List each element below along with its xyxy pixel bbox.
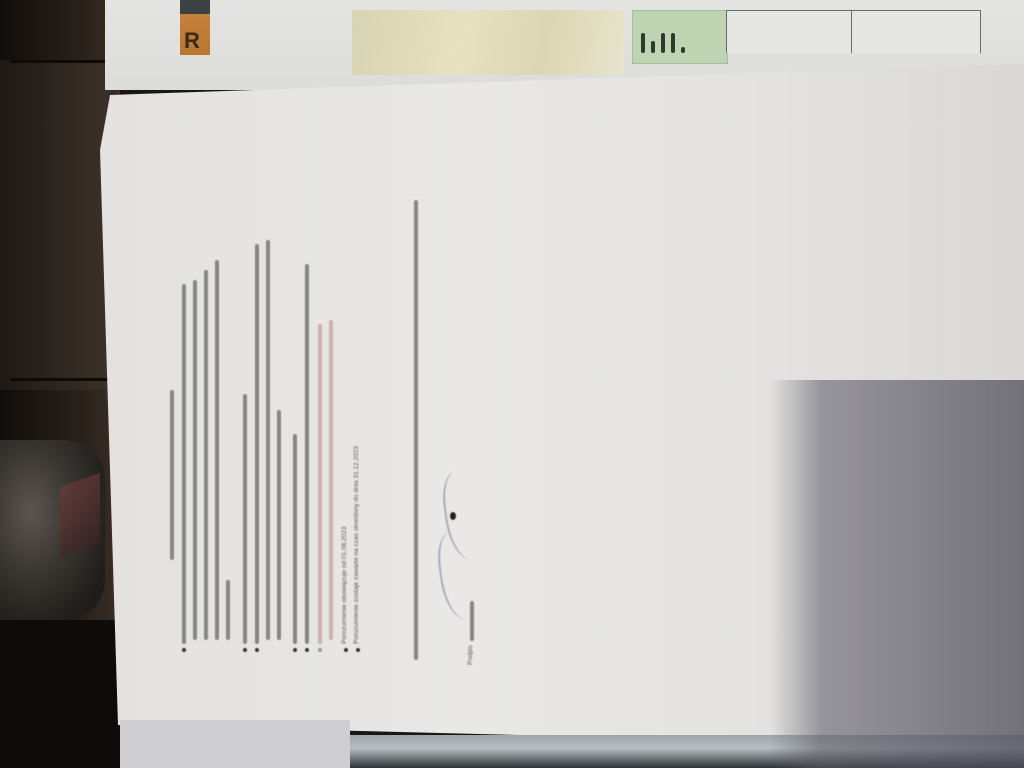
table-cell — [851, 10, 981, 53]
doc-line — [264, 240, 271, 640]
doc-line — [191, 280, 198, 640]
doc-line — [275, 410, 282, 640]
doc-line — [224, 580, 231, 640]
doc-bullet — [303, 264, 310, 652]
doc-line-intro — [168, 390, 175, 560]
doc-bullet — [291, 434, 298, 652]
doc-bullet — [253, 244, 260, 652]
logo-letter: R — [184, 28, 200, 54]
background-shelf — [0, 60, 110, 390]
green-note-text — [641, 33, 685, 53]
green-sticky-note — [632, 10, 728, 64]
document-text-rotated: Porozumienie obowiązuje od 01.06.2023 Po… — [150, 120, 480, 680]
signature-caption: Podpis — [468, 601, 475, 665]
doc-bullet-highlighted — [316, 324, 323, 652]
doc-bullet-end-date: Porozumienie zostaje zawarte na czas okr… — [354, 446, 361, 652]
signature-ink-blot — [450, 512, 456, 520]
background-pale-object — [120, 720, 350, 768]
doc-closing-line — [412, 200, 419, 660]
shelf-edge — [10, 378, 110, 381]
doc-line-highlighted — [327, 320, 334, 640]
background-shoe-accent — [60, 473, 100, 558]
doc-line — [202, 270, 209, 640]
doc-line — [213, 260, 220, 640]
yellow-paper-behind — [352, 10, 624, 75]
doc-bullet-effective-date: Porozumienie obowiązuje od 01.06.2023 — [342, 527, 349, 652]
table-cell — [726, 10, 853, 53]
hand-shadow — [770, 380, 1024, 768]
background-floor — [0, 620, 130, 768]
doc-bullet — [241, 394, 248, 652]
shelf-edge — [10, 60, 110, 63]
doc-bullet — [180, 284, 187, 652]
